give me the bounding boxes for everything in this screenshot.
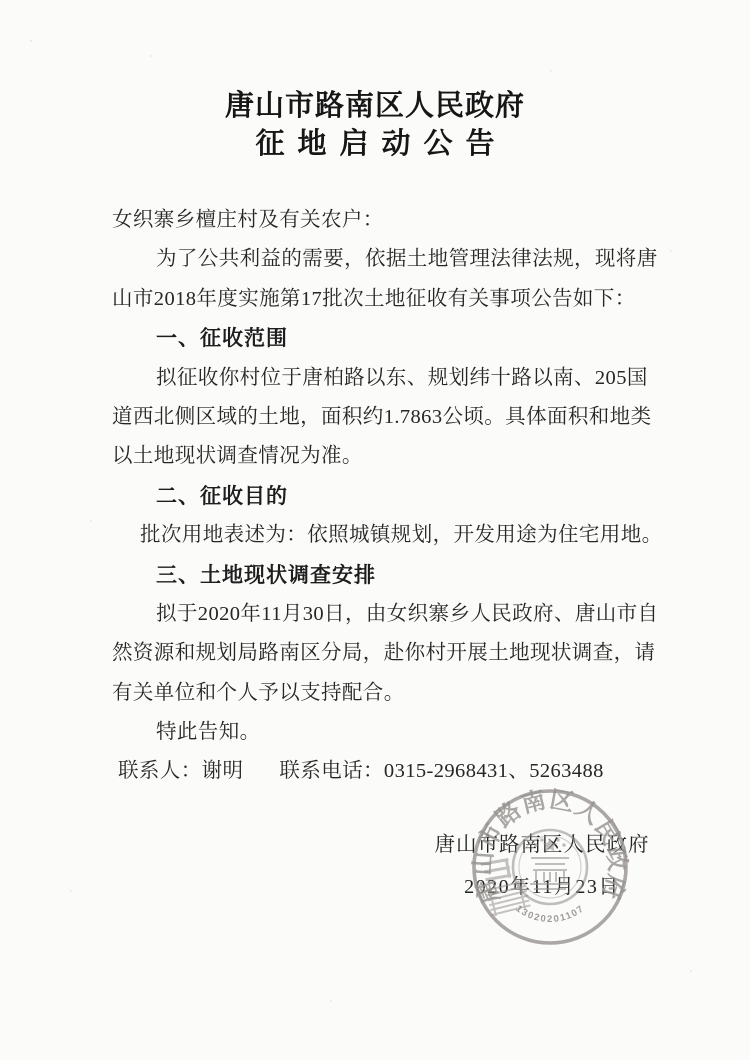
contact-label: 联系人： <box>118 760 202 782</box>
official-seal: 唐山市路南区人民政府 <box>470 786 630 950</box>
contact-name: 谢明 <box>202 760 244 782</box>
body-line: 然资源和规划局路南区分局，赴你村开展土地现状调查，请 <box>112 634 658 673</box>
body-line: 批次用地表述为：依照城镇规划，开发用途为住宅用地。 <box>112 516 658 555</box>
closing-line: 特此告知。 <box>112 713 658 752</box>
body-line: 为了公共利益的需要，依据土地管理法律法规，现将唐 <box>112 240 658 279</box>
body-line: 以土地现状调查情况为准。 <box>112 437 658 476</box>
section-heading-1: 一、征收范围 <box>112 319 658 358</box>
document-body: 女织寨乡檀庄村及有关农户： 为了公共利益的需要，依据土地管理法律法规，现将唐 山… <box>112 201 658 792</box>
scan-noise <box>30 40 32 42</box>
document-title: 征地启动公告 <box>0 128 750 160</box>
salutation: 女织寨乡檀庄村及有关农户： <box>112 201 658 240</box>
body-line: 拟于2020年11月30日，由女织寨乡人民政府、唐山市自 <box>112 595 658 634</box>
scanned-document-page: 唐山市路南区人民政府 征地启动公告 女织寨乡檀庄村及有关农户： 为了公共利益的需… <box>0 0 750 1060</box>
document-header: 唐山市路南区人民政府 征地启动公告 <box>0 90 750 160</box>
body-line: 有关单位和个人予以支持配合。 <box>112 674 658 713</box>
phone-label: 联系电话： <box>279 760 384 782</box>
body-line: 山市2018年度实施第17批次土地征收有关事项公告如下： <box>112 280 658 319</box>
section-heading-3: 三、土地现状调查安排 <box>112 556 658 595</box>
section-heading-2: 二、征收目的 <box>112 477 658 516</box>
issuer-title: 唐山市路南区人民政府 <box>0 90 750 122</box>
body-line: 拟征收你村位于唐柏路以东、规划纬十路以南、205国 <box>112 359 658 398</box>
national-emblem-icon <box>513 830 587 904</box>
phone-numbers: 0315-2968431、5263488 <box>384 760 604 782</box>
body-line: 道西北侧区域的土地，面积约1.7863公顷。具体面积和地类 <box>112 398 658 437</box>
